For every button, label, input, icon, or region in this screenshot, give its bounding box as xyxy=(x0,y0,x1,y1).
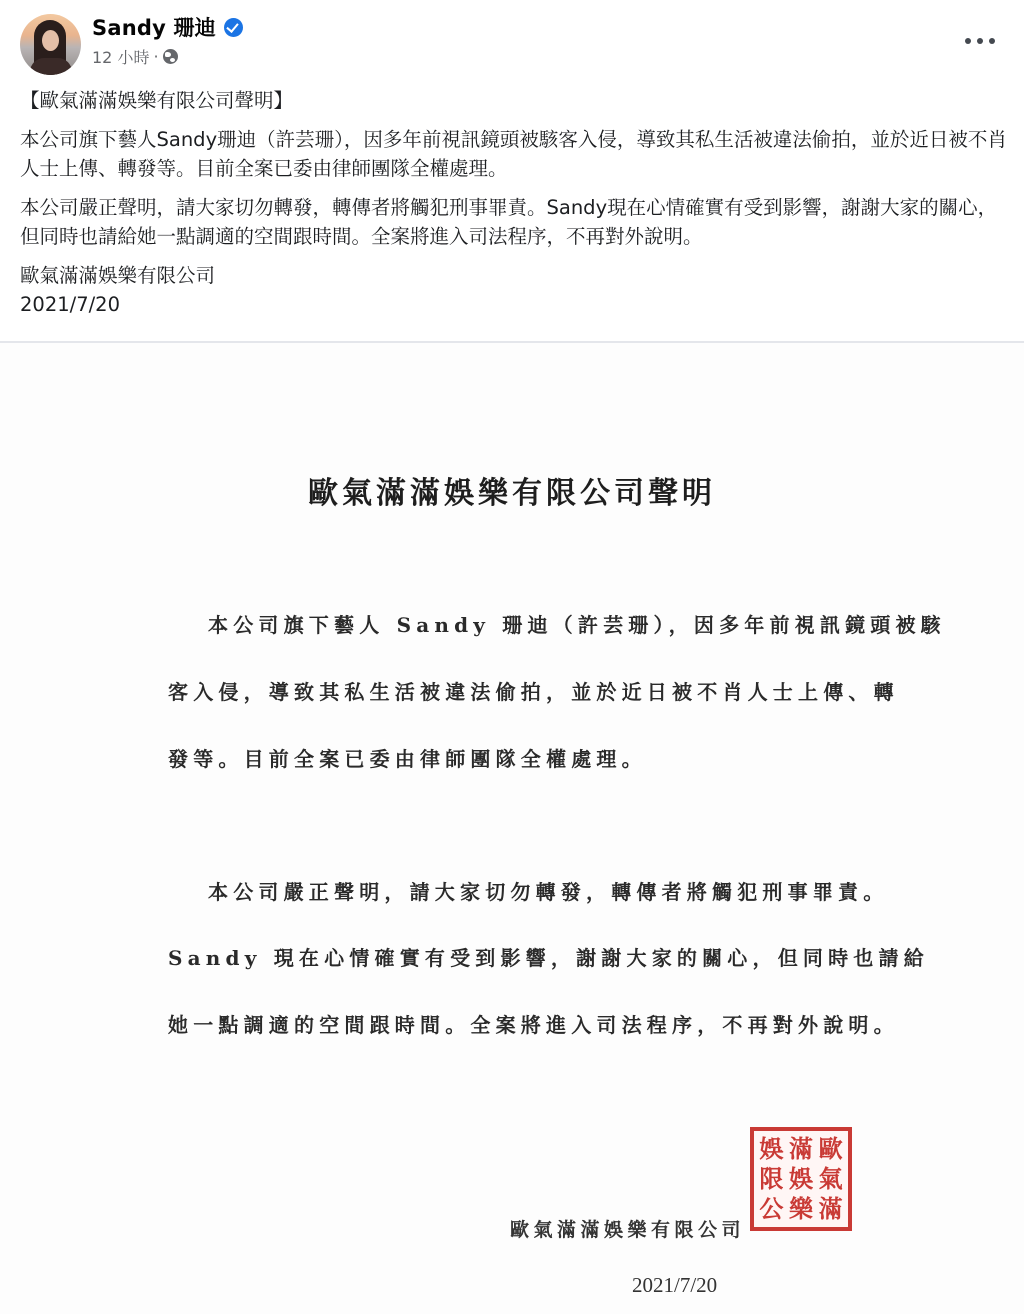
statement-image[interactable]: 歐氣滿滿娛樂有限公司聲明 本公司旗下藝人 Sandy 珊迪（許芸珊），因多年前視… xyxy=(0,343,1024,1314)
seal-char: 限 xyxy=(757,1164,786,1193)
dot-icon xyxy=(977,38,983,44)
document-line: 發等。目前全案已委由律師團隊全權處理。 xyxy=(168,743,647,772)
post-heading: 【歐氣滿滿娛樂有限公司聲明】 xyxy=(20,86,1010,115)
seal-char: 滿 xyxy=(787,1134,816,1163)
post-timestamp[interactable]: 12 小時 xyxy=(92,45,149,68)
document-line: 本公司嚴正聲明，請大家切勿轉發，轉傳者將觸犯刑事罪責。 xyxy=(208,876,888,905)
seal-char: 氣 xyxy=(816,1164,845,1193)
post-date: 2021/7/20 xyxy=(20,290,1010,319)
document-line: 她一點調適的空間跟時間。全案將進入司法程序，不再對外說明。 xyxy=(168,1009,899,1038)
verified-badge-icon xyxy=(224,18,243,37)
author-name[interactable]: Sandy 珊迪 xyxy=(92,12,216,42)
document-signature: 歐氣滿滿娛樂有限公司 xyxy=(510,1215,745,1242)
post-text: 【歐氣滿滿娛樂有限公司聲明】 本公司旗下藝人Sandy珊迪（許芸珊），因多年前視… xyxy=(20,86,1010,319)
seal-char: 公 xyxy=(757,1195,786,1224)
post-signature: 歐氣滿滿娛樂有限公司 xyxy=(20,261,1010,290)
seal-char: 滿 xyxy=(816,1195,845,1224)
globe-icon[interactable] xyxy=(163,49,178,64)
document-line: Sandy 現在心情確實有受到影響，謝謝大家的關心，但同時也請給 xyxy=(168,942,929,971)
document-line: 客入侵，導致其私生活被違法偷拍，並於近日被不肖人士上傳、轉 xyxy=(168,676,899,705)
dot-icon xyxy=(989,38,995,44)
avatar-body xyxy=(30,58,72,75)
seal-char: 娛 xyxy=(787,1164,816,1193)
post-paragraph-2: 本公司嚴正聲明，請大家切勿轉發，轉傳者將觸犯刑事罪責。Sandy現在心情確實有受… xyxy=(20,193,1010,251)
seal-char: 樂 xyxy=(787,1195,816,1224)
dot-icon xyxy=(965,38,971,44)
avatar[interactable] xyxy=(20,14,81,75)
document-date: 2021/7/20 xyxy=(632,1273,717,1298)
post-meta: 12 小時 · xyxy=(92,45,178,68)
author-line: Sandy 珊迪 xyxy=(92,12,243,42)
seal-char: 歐 xyxy=(816,1134,845,1163)
document-title: 歐氣滿滿娛樂有限公司聲明 xyxy=(0,468,1024,512)
post-header: Sandy 珊迪 12 小時 · xyxy=(0,0,1024,86)
company-seal: 娛 滿 歐 限 娛 氣 公 樂 滿 xyxy=(750,1127,852,1231)
document-line: 本公司旗下藝人 Sandy 珊迪（許芸珊），因多年前視訊鏡頭被駭 xyxy=(208,609,946,638)
avatar-face xyxy=(42,30,59,51)
more-options-button[interactable] xyxy=(962,28,998,54)
seal-char: 娛 xyxy=(757,1134,786,1163)
post-paragraph-1: 本公司旗下藝人Sandy珊迪（許芸珊），因多年前視訊鏡頭被駭客入侵，導致其私生活… xyxy=(20,125,1010,183)
meta-separator: · xyxy=(153,47,158,66)
